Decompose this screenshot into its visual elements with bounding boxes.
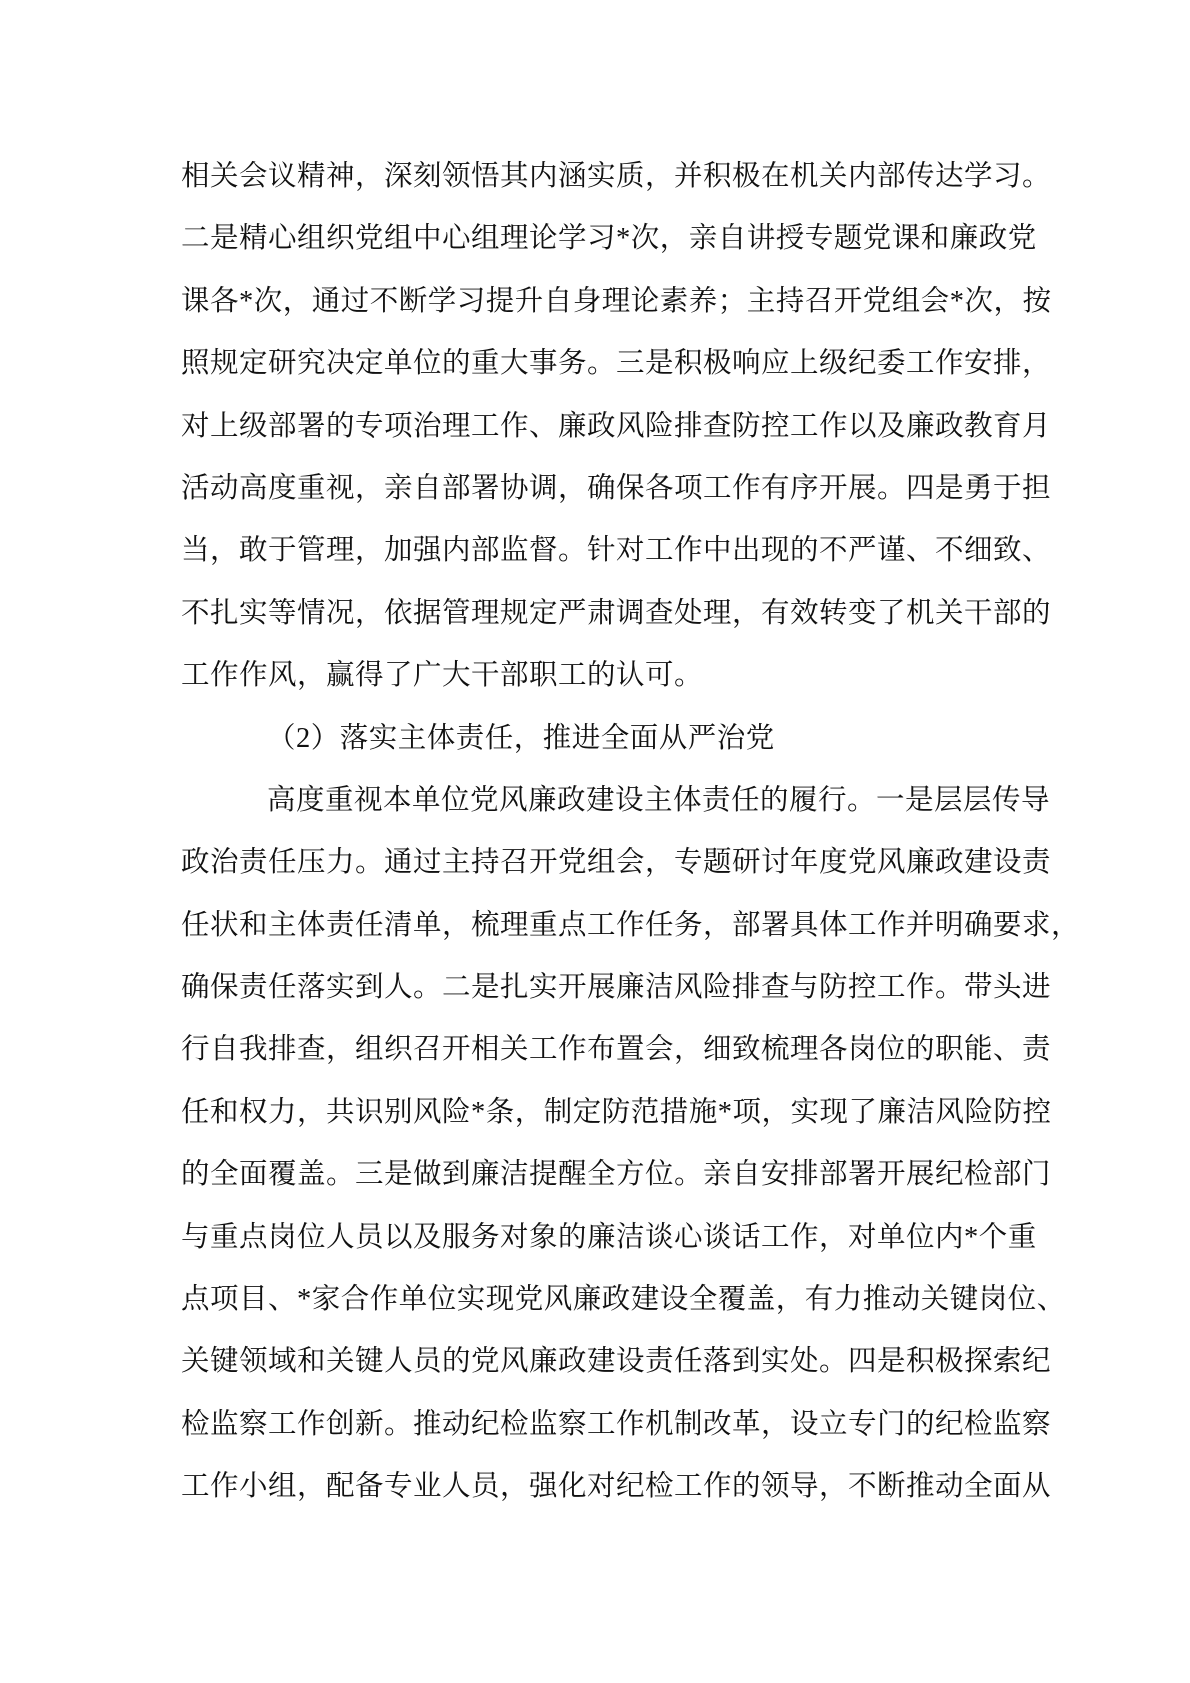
text-line: 检监察工作创新。推动纪检监察工作机制改革，设立专门的纪检监察 (181, 1394, 1190, 1456)
text-line: 对上级部署的专项治理工作、廉政风险排查防控工作以及廉政教育月 (181, 396, 1190, 458)
text-line: 确保责任落实到人。二是扎实开展廉洁风险排查与防控工作。带头进 (181, 957, 1190, 1019)
text-line: 相关会议精神，深刻领悟其内涵实质，并积极在机关内部传达学习。 (181, 146, 1190, 208)
text-line: 二是精心组织党组中心组理论学习*次，亲自讲授专题党课和廉政党 (181, 208, 1190, 270)
text-line: 关键领域和关键人员的党风廉政建设责任落到实处。四是积极探索纪 (181, 1331, 1190, 1393)
text-line: 工作小组，配备专业人员，强化对纪检工作的领导，不断推动全面从 (181, 1456, 1190, 1518)
text-line: 照规定研究决定单位的重大事务。三是积极响应上级纪委工作安排， (181, 333, 1190, 395)
text-line: 政治责任压力。通过主持召开党组会，专题研讨年度党风廉政建设责 (181, 832, 1190, 894)
text-line: 高度重视本单位党风廉政建设主体责任的履行。一是层层传导 (181, 770, 1190, 832)
text-line: 任状和主体责任清单，梳理重点工作任务，部署具体工作并明确要求， (181, 895, 1190, 957)
text-line: 任和权力，共识别风险*条，制定防范措施*项，实现了廉洁风险防控 (181, 1082, 1190, 1144)
text-line: 课各*次，通过不断学习提升自身理论素养；主持召开党组会*次，按 (181, 271, 1190, 333)
text-line: 点项目、*家合作单位实现党风廉政建设全覆盖，有力推动关键岗位、 (181, 1269, 1190, 1331)
text-line: 与重点岗位人员以及服务对象的廉洁谈心谈话工作，对单位内*个重 (181, 1207, 1190, 1269)
text-line: 当，敢于管理，加强内部监督。针对工作中出现的不严谨、不细致、 (181, 520, 1190, 582)
text-line: 活动高度重视，亲自部署协调，确保各项工作有序开展。四是勇于担 (181, 458, 1190, 520)
body-text: 相关会议精神，深刻领悟其内涵实质，并积极在机关内部传达学习。二是精心组织党组中心… (181, 146, 1190, 1519)
text-line: （2）落实主体责任，推进全面从严治党 (181, 708, 1190, 770)
text-line: 的全面覆盖。三是做到廉洁提醒全方位。亲自安排部署开展纪检部门 (181, 1144, 1190, 1206)
document-page: 相关会议精神，深刻领悟其内涵实质，并积极在机关内部传达学习。二是精心组织党组中心… (0, 0, 1190, 1683)
text-line: 工作作风，赢得了广大干部职工的认可。 (181, 645, 1190, 707)
text-line: 行自我排查，组织召开相关工作布置会，细致梳理各岗位的职能、责 (181, 1019, 1190, 1081)
text-line: 不扎实等情况，依据管理规定严肃调查处理，有效转变了机关干部的 (181, 583, 1190, 645)
